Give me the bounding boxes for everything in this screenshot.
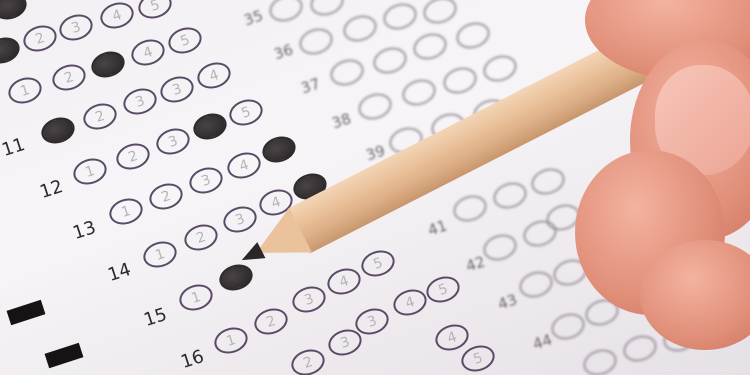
answer-bubble [355,89,395,123]
filled-answer-bubble [0,33,23,67]
question-number: 35 [242,6,266,29]
answer-bubble [340,11,380,45]
answer-bubble [453,18,493,52]
answer-bubble: 5 [135,0,175,23]
ring-finger [640,240,750,350]
answer-bubble [450,191,490,225]
answer-bubble: 3 [157,72,197,106]
answer-bubble [399,75,439,109]
question-number: 37 [299,74,323,97]
answer-bubble: 1 [211,323,251,357]
answer-bubble [490,178,530,212]
question-number: 15 [141,304,169,331]
answer-bubble: 3 [153,124,193,158]
timing-mark [7,300,46,325]
answer-bubble: 1 [176,280,216,314]
answer-bubble: 2 [251,304,291,338]
answer-bubble: 2 [288,345,328,375]
question-number: 11 [0,134,28,161]
answer-bubble: 2 [80,99,120,133]
answer-bubble: 5 [226,95,266,129]
question-number: 43 [496,290,520,313]
answer-bubble: 5 [165,23,205,57]
filled-answer-bubble [190,109,230,143]
filled-answer-bubble [88,47,128,81]
answer-bubble: 4 [390,285,430,319]
answer-sheet-photo: 2345124543235123412341231345123452345111… [0,0,750,375]
answer-bubble [440,63,480,97]
answer-bubble: 3 [56,10,96,44]
answer-bubble [296,24,336,58]
answer-bubble [370,43,410,77]
question-number: 13 [70,217,98,244]
answer-bubble: 3 [289,282,329,316]
answer-bubble [528,164,568,198]
answer-bubble: 1 [70,154,110,188]
answer-bubble [480,51,520,85]
answer-bubble: 5 [423,272,463,306]
answer-bubble: 1 [140,237,180,271]
filled-answer-bubble [38,113,78,147]
answer-bubble [580,345,620,375]
answer-bubble [420,0,460,28]
answer-bubble: 2 [20,21,60,55]
question-number: 44 [531,330,555,353]
answer-bubble: 2 [181,220,221,254]
timing-mark [45,343,84,368]
answer-bubble: 1 [106,194,146,228]
answer-bubble: 4 [194,58,234,92]
answer-bubble [327,55,367,89]
question-number: 14 [105,259,133,286]
filled-answer-bubble [0,0,30,24]
question-number: 41 [426,216,450,239]
answer-bubble [516,267,556,301]
answer-bubble [266,0,306,26]
filled-answer-bubble [259,132,299,166]
answer-bubble: 5 [358,246,398,280]
answer-bubble: 4 [324,264,364,298]
question-number: 42 [464,252,488,275]
answer-bubble: 2 [146,179,186,213]
answer-bubble [380,0,420,34]
answer-bubble: 4 [97,0,137,33]
question-number: 16 [178,346,206,373]
answer-bubble: 3 [186,163,226,197]
answer-bubble: 5 [458,341,498,375]
answer-bubble: 1 [5,73,45,107]
answer-bubble [620,331,660,365]
answer-bubble [307,0,347,20]
answer-bubble [480,230,520,264]
answer-bubble: 4 [128,35,168,69]
question-number: 36 [272,40,296,63]
answer-bubble: 4 [224,148,264,182]
answer-bubble [410,29,450,63]
answer-bubble: 2 [49,60,89,94]
question-number: 38 [330,109,354,132]
question-number: 12 [37,176,65,203]
answer-bubble: 3 [120,84,160,118]
answer-bubble [548,309,588,343]
answer-bubble: 2 [113,139,153,173]
